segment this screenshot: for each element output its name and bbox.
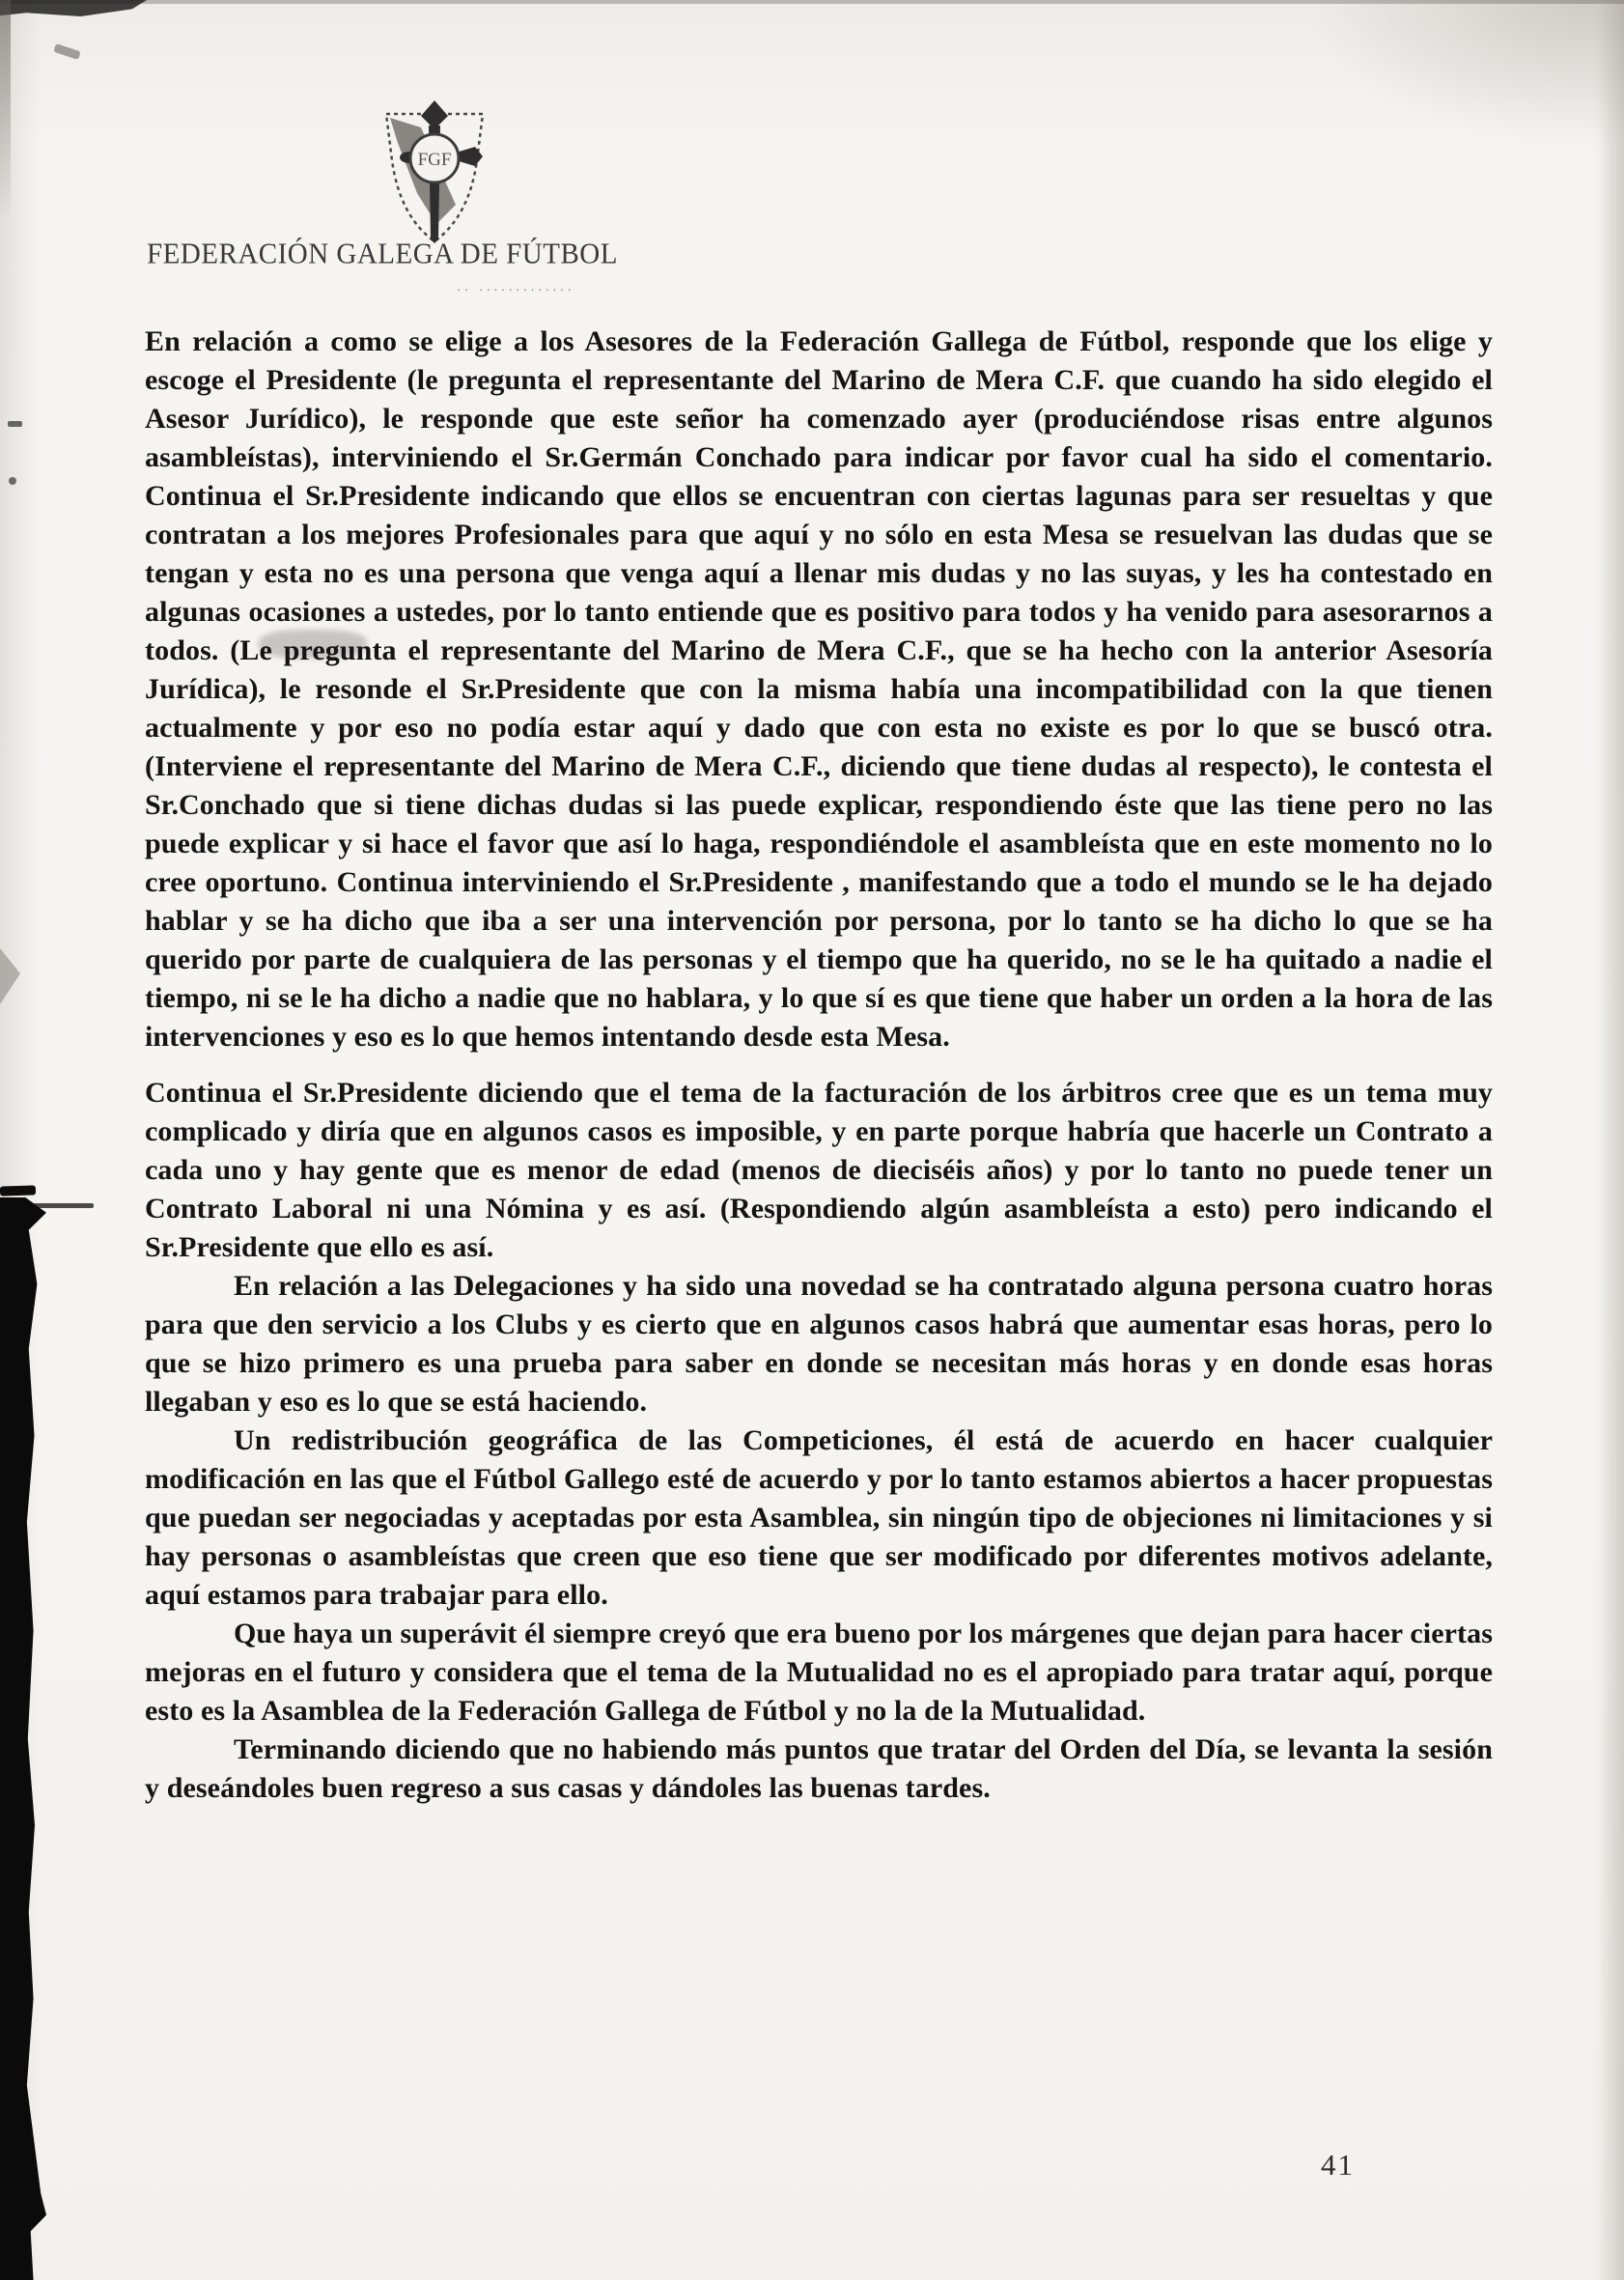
- fgf-crest-logo: FGF: [375, 97, 494, 249]
- scan-artifact-top-edge: [0, 0, 1624, 4]
- scan-artifact-spine-shadow: [0, 1197, 46, 2280]
- page-number: 41: [1321, 2148, 1355, 2182]
- scan-artifact-margin-dash: [8, 421, 22, 427]
- scan-artifact-top-tick: [53, 43, 80, 60]
- scan-artifact-top-left-bar: [0, 0, 147, 16]
- scan-artifact-spine-dash: [0, 1185, 36, 1196]
- scan-artifact-left-streak: [0, 0, 11, 222]
- org-name-heading: FEDERACIÓN GALEGA DE FÚTBOL: [147, 238, 618, 271]
- paragraph-surplus: Que haya un superávit él siempre creyó q…: [145, 1615, 1493, 1731]
- scanned-page: ·· ············· FGF FEDERACIÓN GALEGA D…: [0, 0, 1624, 2280]
- scan-artifact-dotted-line: ·· ·············: [456, 284, 574, 296]
- scan-artifact-crease-wedge: [0, 948, 20, 1004]
- scan-artifact-spine-spur: [26, 1203, 94, 1208]
- paragraph-delegations: En relación a las Delegaciones y ha sido…: [145, 1267, 1493, 1421]
- logo-monogram: FGF: [418, 150, 452, 170]
- minutes-text: En relación a como se elige a los Asesor…: [145, 323, 1493, 1808]
- scan-artifact-margin-dot: [9, 477, 16, 485]
- paragraph-referee-invoicing: Continua el Sr.Presidente diciendo que e…: [145, 1074, 1493, 1267]
- paragraph-redistribution: Un redistribución geográfica de las Comp…: [145, 1421, 1493, 1615]
- cross-head: [421, 100, 448, 129]
- paragraph-assessors: En relación a como se elige a los Asesor…: [145, 323, 1493, 1056]
- paragraph-closing: Terminando diciendo que no habiendo más …: [145, 1731, 1493, 1808]
- scan-artifact-right-edge: [1599, 0, 1624, 2280]
